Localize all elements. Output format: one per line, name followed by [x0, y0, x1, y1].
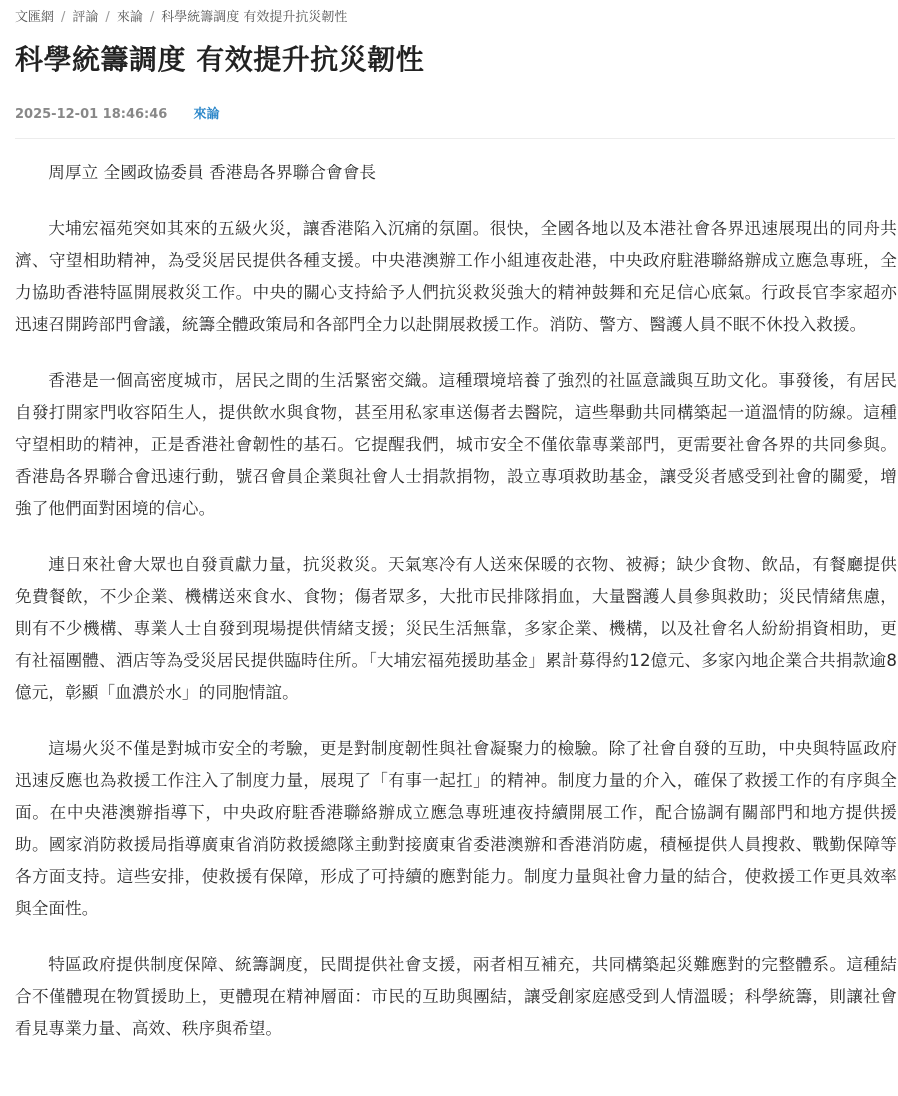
source-link[interactable]: 來論 [194, 107, 220, 122]
breadcrumb: 文匯網/評論/來論/科學統籌調度 有效提升抗災韌性 [15, 9, 347, 27]
article-meta: 2025-12-01 18:46:46 來論 [15, 106, 220, 124]
article-body: 周厚立 全國政協委員 香港島各界聯合會會長 大埔宏福苑突如其來的五級火災，讓香港… [15, 157, 897, 1069]
breadcrumb-item-current: 科學統籌調度 有效提升抗災韌性 [161, 10, 347, 25]
breadcrumb-item-commentary[interactable]: 評論 [72, 10, 98, 25]
header-divider [15, 138, 895, 139]
author-line: 周厚立 全國政協委員 香港島各界聯合會會長 [15, 157, 897, 189]
article-paragraph: 特區政府提供制度保障、統籌調度，民間提供社會支援，兩者相互補充，共同構築起災難應… [15, 949, 897, 1045]
breadcrumb-separator: / [105, 10, 109, 25]
article-paragraph: 大埔宏福苑突如其來的五級火災，讓香港陷入沉痛的氛圍。很快，全國各地以及本港社會各… [15, 213, 897, 341]
article-paragraph: 香港是一個高密度城市，居民之間的生活緊密交織。這種環境培養了強烈的社區意識與互助… [15, 365, 897, 525]
article-paragraph: 連日來社會大眾也自發貢獻力量，抗災救災。天氣寒冷有人送來保暖的衣物、被褥；缺少食… [15, 549, 897, 709]
breadcrumb-separator: / [61, 10, 65, 25]
breadcrumb-item-guest-opinion[interactable]: 來論 [117, 10, 143, 25]
publish-date: 2025-12-01 18:46:46 [15, 107, 167, 122]
article-paragraph: 這場火災不僅是對城市安全的考驗，更是對制度韌性與社會凝聚力的檢驗。除了社會自發的… [15, 733, 897, 925]
article-title: 科學統籌調度 有效提升抗災韌性 [15, 40, 424, 80]
breadcrumb-separator: / [150, 10, 154, 25]
breadcrumb-item-home[interactable]: 文匯網 [15, 10, 54, 25]
